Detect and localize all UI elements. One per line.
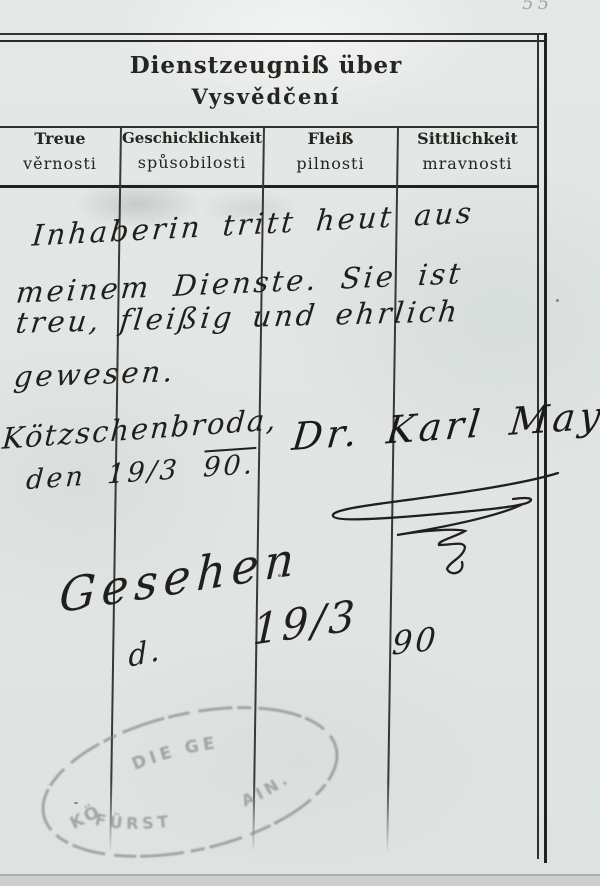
table-top-border-outer — [0, 33, 547, 35]
column-header-german: Sittlichkeit — [398, 131, 537, 147]
stamp-bottom-right-text: AIN. — [235, 766, 297, 811]
date-year: 90. — [202, 449, 256, 484]
page-bottom-edge — [0, 874, 600, 886]
handwritten-line-1: Inhaberin tritt heut aus — [31, 195, 476, 252]
handwritten-seen-d: d. — [128, 632, 163, 675]
title-german: Dienstzeugniß über — [0, 52, 532, 79]
svg-text:FÜRST: FÜRST — [90, 794, 176, 848]
handwritten-date: den 19/3 90. — [25, 449, 256, 496]
header-bottom-rule — [0, 185, 539, 188]
service-book-page: 55 Dienstzeugniß über Vysvědčení Treue v… — [0, 0, 600, 886]
column-header-german: Treue — [0, 131, 120, 147]
municipal-oval-stamp: DIE GE KÖ FÜRST AIN. — [20, 696, 360, 868]
handwritten-line-4: gewesen. — [12, 354, 177, 394]
signature-karl-may: Dr. Karl May — [290, 393, 600, 459]
svg-text:AIN.: AIN. — [235, 766, 297, 811]
column-header-czech: věrnosti — [0, 156, 120, 172]
table-right-border-inner — [537, 33, 539, 859]
stamp-top-text: DIE GE — [128, 731, 222, 775]
signature-flourish — [325, 465, 560, 590]
column-header-czech: spůsobilosti — [121, 155, 263, 171]
column-header-german: Fleiß — [264, 131, 397, 147]
header-top-rule — [0, 126, 539, 128]
stamp-bottom-left-text: FÜRST — [90, 794, 176, 848]
stamp-oval-border — [29, 696, 352, 868]
ink-speck — [556, 299, 559, 302]
handwritten-seen-year: 90 — [391, 619, 440, 662]
column-header-german: Geschicklichkeit — [121, 131, 263, 146]
column-header-czech: mravnosti — [398, 156, 537, 172]
column-header-treue: Treue věrnosti — [0, 131, 120, 172]
column-header-sittlichkeit: Sittlichkeit mravnosti — [398, 131, 537, 172]
column-header-czech: pilnosti — [264, 156, 397, 172]
ink-speck — [278, 574, 281, 577]
handwritten-seen-date: 19/3 — [252, 590, 359, 655]
column-header-geschicklichkeit: Geschicklichkeit spůsobilosti — [121, 131, 263, 171]
svg-text:DIE GE: DIE GE — [128, 731, 222, 775]
date-fraction: 19/3 — [106, 454, 181, 490]
table-right-border-outer — [544, 33, 547, 863]
title-czech: Vysvědčení — [0, 84, 532, 109]
table-top-border-inner — [0, 40, 547, 42]
handwritten-place: Kötzschenbroda, — [1, 402, 279, 455]
column-header-fleiss: Fleiß pilnosti — [264, 131, 397, 172]
page-number: 55 — [520, 0, 555, 14]
ink-speck — [74, 802, 78, 804]
date-word-den: den — [25, 461, 87, 496]
